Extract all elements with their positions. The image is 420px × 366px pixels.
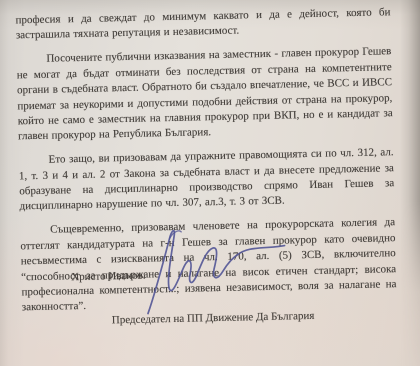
document-photo: професия и да свеждат до минимум каквато… [0,0,420,366]
paragraph-call-disciplinary: Ето защо, ви призовавам да упражните пра… [18,145,394,215]
paragraph-public-statements: Посочените публични изказвания на замест… [16,45,393,146]
letter-page: професия и да свеждат до минимум каквато… [0,0,420,366]
paragraph-continuation: професия и да свеждат до минимум каквато… [15,5,391,44]
signature-handwriting-icon [124,222,296,324]
